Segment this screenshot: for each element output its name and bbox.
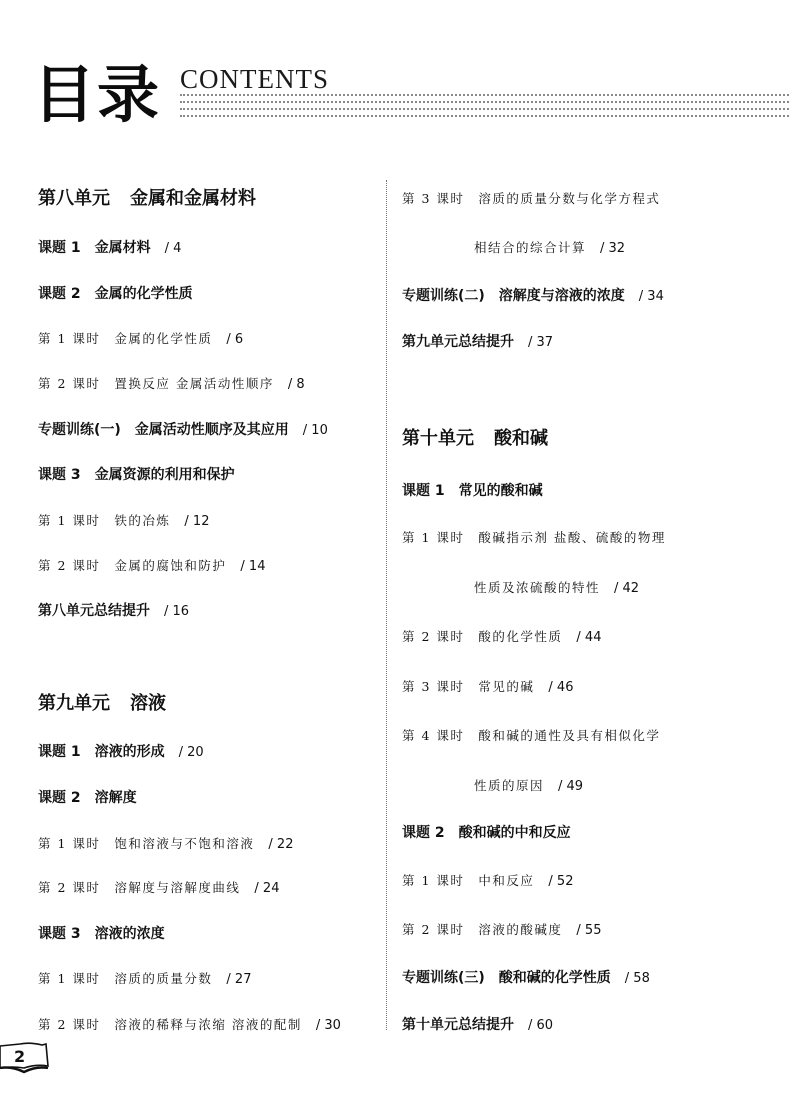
lesson-title-cont: 性质及浓硫酸的特性	[474, 580, 600, 595]
page-ref: / 58	[625, 971, 650, 986]
special-title: 金属活动性顺序及其应用	[135, 422, 289, 438]
topic-title: 金属资源的利用和保护	[95, 467, 235, 483]
special-label: 专题训练(二)	[402, 288, 485, 304]
topic-title: 溶液的形成	[95, 744, 165, 760]
lesson-label: 第 1 课时	[38, 513, 100, 528]
topic-label: 课题 2	[38, 790, 81, 806]
toc-lesson[interactable]: 第 2 课时溶液的酸碱度/ 55	[402, 920, 601, 941]
special-title: 酸和碱的化学性质	[499, 970, 611, 986]
toc-lesson[interactable]: 第 3 课时常见的碱/ 46	[402, 677, 573, 698]
toc-lesson[interactable]: 第 2 课时置换反应 金属活动性顺序/ 8	[38, 374, 305, 395]
lesson-label: 第 1 课时	[38, 836, 100, 851]
page-ref: / 8	[288, 377, 305, 392]
topic-label: 课题 3	[38, 467, 81, 483]
topic-title: 溶解度	[95, 790, 137, 806]
toc-lesson[interactable]: 第 3 课时溶质的质量分数与化学方程式	[402, 189, 660, 209]
lesson-title-cont: 性质的原因	[474, 778, 544, 793]
toc-special-training[interactable]: 专题训练(二)溶解度与溶液的浓度/ 34	[402, 286, 664, 307]
page-ref: / 32	[600, 241, 625, 256]
toc-topic[interactable]: 课题 2酸和碱的中和反应	[402, 823, 571, 843]
toc-unit-summary[interactable]: 第九单元总结提升/ 37	[402, 332, 553, 353]
unit-label: 第八单元	[38, 188, 110, 209]
toc-unit-8[interactable]: 第八单元金属和金属材料	[38, 189, 256, 209]
unit-title: 金属和金属材料	[130, 188, 256, 209]
lesson-label: 第 1 课时	[38, 331, 100, 346]
topic-title: 金属的化学性质	[95, 286, 193, 302]
toc-lesson[interactable]: 第 1 课时金属的化学性质/ 6	[38, 329, 243, 350]
lesson-title: 酸的化学性质	[478, 629, 562, 644]
special-label: 专题训练(三)	[402, 970, 485, 986]
toc-lesson-continued[interactable]: 性质及浓硫酸的特性/ 42	[474, 578, 639, 599]
lesson-label: 第 3 课时	[402, 679, 464, 694]
page-ref: / 37	[528, 335, 553, 350]
decorative-rule-lines	[180, 94, 789, 120]
topic-title: 溶液的浓度	[95, 926, 165, 942]
toc-lesson[interactable]: 第 2 课时酸的化学性质/ 44	[402, 627, 601, 648]
page-ref: / 52	[548, 874, 573, 889]
topic-label: 课题 2	[38, 286, 81, 302]
lesson-title: 金属的化学性质	[114, 331, 212, 346]
summary-title: 第八单元总结提升	[38, 603, 150, 619]
lesson-title: 酸碱指示剂 盐酸、硫酸的物理	[478, 530, 665, 545]
page-ref: / 49	[558, 779, 583, 794]
page-ref: / 34	[639, 289, 664, 304]
toc-topic[interactable]: 课题 1常见的酸和碱	[402, 481, 543, 501]
lesson-label: 第 2 课时	[38, 880, 100, 895]
topic-label: 课题 3	[38, 926, 81, 942]
page-header: 目录 CONTENTS	[0, 0, 789, 160]
column-divider	[386, 180, 387, 1030]
lesson-label: 第 3 课时	[402, 191, 464, 206]
lesson-title: 中和反应	[478, 873, 534, 888]
toc-lesson-continued[interactable]: 相结合的综合计算/ 32	[474, 238, 625, 259]
topic-title: 常见的酸和碱	[459, 483, 543, 499]
summary-title: 第九单元总结提升	[402, 334, 514, 350]
page-ref: / 44	[576, 630, 601, 645]
page-ref: / 4	[165, 241, 182, 256]
toc-topic[interactable]: 课题 2溶解度	[38, 788, 137, 808]
toc-special-training[interactable]: 专题训练(三)酸和碱的化学性质/ 58	[402, 968, 650, 989]
title-cn: 目录	[33, 60, 161, 130]
page-ref: / 22	[268, 837, 293, 852]
page-ref: / 6	[226, 332, 243, 347]
lesson-title: 溶质的质量分数	[114, 971, 212, 986]
page-ref: / 20	[179, 745, 204, 760]
toc-lesson[interactable]: 第 2 课时溶液的稀释与浓缩 溶液的配制/ 30	[38, 1015, 341, 1036]
toc-lesson[interactable]: 第 1 课时酸碱指示剂 盐酸、硫酸的物理	[402, 528, 666, 548]
page-ref: / 16	[164, 604, 189, 619]
unit-title: 酸和碱	[494, 428, 548, 449]
topic-title: 金属材料	[95, 240, 151, 256]
summary-title: 第十单元总结提升	[402, 1017, 514, 1033]
toc-lesson[interactable]: 第 2 课时金属的腐蚀和防护/ 14	[38, 556, 265, 577]
lesson-label: 第 2 课时	[38, 376, 100, 391]
toc-lesson[interactable]: 第 4 课时酸和碱的通性及具有相似化学	[402, 726, 660, 746]
lesson-title: 溶解度与溶解度曲线	[114, 880, 240, 895]
topic-label: 课题 1	[38, 240, 81, 256]
toc-topic[interactable]: 课题 1金属材料/ 4	[38, 238, 181, 259]
topic-label: 课题 1	[402, 483, 445, 499]
page-ref: / 27	[226, 972, 251, 987]
toc-unit-summary[interactable]: 第八单元总结提升/ 16	[38, 601, 189, 622]
toc-lesson[interactable]: 第 2 课时溶解度与溶解度曲线/ 24	[38, 878, 279, 899]
toc-unit-10[interactable]: 第十单元酸和碱	[402, 429, 548, 449]
toc-special-training[interactable]: 专题训练(一)金属活动性顺序及其应用/ 10	[38, 420, 328, 441]
unit-label: 第九单元	[38, 693, 110, 714]
unit-label: 第十单元	[402, 428, 474, 449]
lesson-label: 第 1 课时	[38, 971, 100, 986]
lesson-title: 饱和溶液与不饱和溶液	[114, 836, 254, 851]
special-title: 溶解度与溶液的浓度	[499, 288, 625, 304]
page-ref: / 60	[528, 1018, 553, 1033]
page-ref: / 55	[576, 923, 601, 938]
lesson-title-cont: 相结合的综合计算	[474, 240, 586, 255]
lesson-title: 溶质的质量分数与化学方程式	[478, 191, 660, 206]
title-en: CONTENTS	[180, 64, 329, 94]
page-ref: / 30	[316, 1018, 341, 1033]
page-ref: / 10	[303, 423, 328, 438]
lesson-title: 铁的冶炼	[114, 513, 170, 528]
lesson-label: 第 1 课时	[402, 873, 464, 888]
unit-title: 溶液	[130, 693, 166, 714]
lesson-title: 常见的碱	[478, 679, 534, 694]
toc-lesson-continued[interactable]: 性质的原因/ 49	[474, 776, 583, 797]
page-ref: / 24	[254, 881, 279, 896]
lesson-title: 置换反应 金属活动性顺序	[114, 376, 273, 391]
toc-topic[interactable]: 课题 1溶液的形成/ 20	[38, 742, 204, 763]
lesson-label: 第 2 课时	[402, 629, 464, 644]
page-ref: / 42	[614, 581, 639, 596]
lesson-title: 溶液的稀释与浓缩 溶液的配制	[114, 1017, 301, 1032]
lesson-title: 溶液的酸碱度	[478, 922, 562, 937]
topic-title: 酸和碱的中和反应	[459, 825, 571, 841]
page-ref: / 12	[184, 514, 209, 529]
lesson-label: 第 2 课时	[38, 1017, 100, 1032]
lesson-title: 酸和碱的通性及具有相似化学	[478, 728, 660, 743]
toc-lesson[interactable]: 第 1 课时饱和溶液与不饱和溶液/ 22	[38, 834, 293, 855]
lesson-label: 第 4 课时	[402, 728, 464, 743]
topic-label: 课题 2	[402, 825, 445, 841]
toc-lesson[interactable]: 第 1 课时中和反应/ 52	[402, 871, 573, 892]
lesson-label: 第 2 课时	[402, 922, 464, 937]
page-ref: / 14	[240, 559, 265, 574]
toc-unit-9[interactable]: 第九单元溶液	[38, 694, 166, 714]
open-book-icon	[0, 1042, 52, 1074]
page-number: 2	[14, 1047, 25, 1066]
topic-label: 课题 1	[38, 744, 81, 760]
toc-topic[interactable]: 课题 3金属资源的利用和保护	[38, 465, 235, 485]
lesson-label: 第 2 课时	[38, 558, 100, 573]
toc-lesson[interactable]: 第 1 课时铁的冶炼/ 12	[38, 511, 209, 532]
special-label: 专题训练(一)	[38, 422, 121, 438]
toc-lesson[interactable]: 第 1 课时溶质的质量分数/ 27	[38, 969, 251, 990]
lesson-label: 第 1 课时	[402, 530, 464, 545]
page-ref: / 46	[548, 680, 573, 695]
lesson-title: 金属的腐蚀和防护	[114, 558, 226, 573]
toc-topic[interactable]: 课题 2金属的化学性质	[38, 284, 193, 304]
toc-topic[interactable]: 课题 3溶液的浓度	[38, 924, 165, 944]
toc-unit-summary[interactable]: 第十单元总结提升/ 60	[402, 1015, 553, 1036]
page-number-badge: 2	[0, 1042, 52, 1072]
